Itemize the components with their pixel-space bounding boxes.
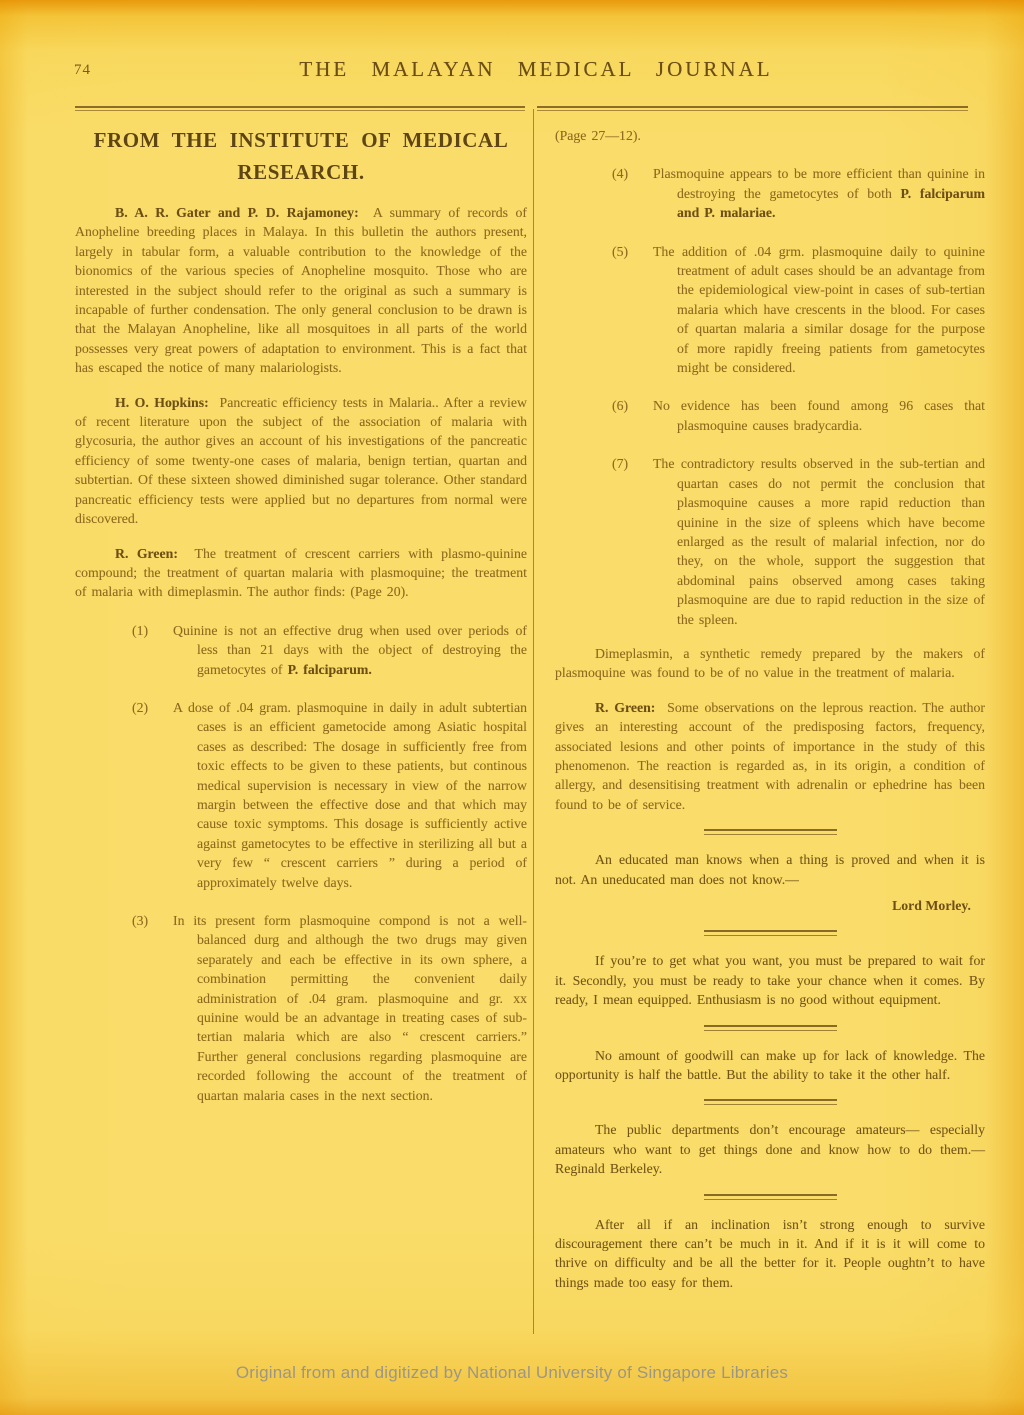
quote-goodwill: No amount of goodwill can make up for la…	[555, 1046, 985, 1085]
list-item-3: (3) In its present form plasmoquine comp…	[75, 911, 527, 1105]
quote-be-prepared: If you’re to get what you want, you must…	[555, 951, 985, 1009]
author-lead: R. Green:	[115, 546, 178, 561]
quote-separator	[704, 1025, 837, 1031]
paragraph-hopkins: H. O. Hopkins: Pancreatic efficiency tes…	[75, 393, 527, 529]
paragraph-green-leprous: R. Green: Some observations on the lepro…	[555, 698, 985, 814]
paragraph-gater-rajamoney: B. A. R. Gater and P. D. Rajamoney: A su…	[75, 203, 527, 378]
list-item-text: No evidence has been found among 96 case…	[653, 398, 985, 432]
quote-separator	[704, 1194, 837, 1200]
list-item-number: (3)	[132, 911, 148, 930]
paragraph-dimeplasmin: Dimeplasmin, a synthetic remedy prepared…	[555, 644, 985, 683]
section-heading: FROM THE INSTITUTE OF MEDICAL RESEARCH.	[85, 124, 517, 188]
quote-educated-man: An educated man knows when a thing is pr…	[555, 850, 985, 889]
column-divider	[533, 109, 534, 1334]
list-item-4: (4) Plasmoquine appears to be more effic…	[555, 164, 985, 222]
header-rule	[75, 106, 968, 111]
paragraph-text: Some observations on the leprous reactio…	[555, 700, 985, 812]
quote-inclination: After all if an inclination isn’t strong…	[555, 1215, 985, 1293]
list-item-1: (1) Quinine is not an effective drug whe…	[75, 621, 527, 679]
header-rule-right	[537, 106, 968, 111]
paragraph-green-crescent: R. Green: The treatment of crescent carr…	[75, 544, 527, 602]
list-item-6: (6) No evidence has been found among 96 …	[555, 396, 985, 435]
paragraph-text: Dimeplasmin, a synthetic remedy prepared…	[555, 646, 985, 680]
list-item-text: In its present form plasmoquine compond …	[173, 913, 527, 1103]
list-item-2: (2) A dose of .04 gram. plasmoquine in d…	[75, 698, 527, 892]
list-item-number: (4)	[612, 164, 628, 183]
list-item-text: A dose of .04 gram. plasmoquine in daily…	[173, 700, 527, 890]
paragraph-text: Pancreatic efficiency tests in Malaria..…	[75, 395, 527, 526]
quote-separator	[704, 1099, 837, 1105]
header-rule-left	[75, 106, 525, 111]
list-item-text: The addition of .04 grm. plasmoquine dai…	[653, 244, 985, 375]
list-item-5: (5) The addition of .04 grm. plasmoquine…	[555, 242, 985, 378]
list-item-text: The contradictory results observed in th…	[653, 456, 985, 626]
page-reference: (Page 27—12).	[555, 126, 985, 145]
author-lead: H. O. Hopkins:	[115, 395, 209, 410]
list-item-number: (1)	[132, 621, 148, 640]
right-column: (Page 27—12). (4) Plasmoquine appears to…	[555, 118, 985, 1292]
quote-separator	[704, 829, 837, 835]
list-item-number: (2)	[132, 698, 148, 717]
list-item-number: (6)	[612, 396, 628, 415]
quote-separator	[704, 930, 837, 936]
author-lead: R. Green:	[595, 700, 655, 715]
list-item-number: (7)	[612, 454, 628, 473]
left-column: FROM THE INSTITUTE OF MEDICAL RESEARCH. …	[75, 118, 527, 1105]
digitization-credit: Original from and digitized by National …	[0, 1363, 1024, 1383]
list-item-7: (7) The contradictory results observed i…	[555, 454, 985, 629]
species-name: P. falciparum.	[288, 662, 372, 677]
quote-attribution: Lord Morley.	[555, 896, 985, 915]
author-lead: B. A. R. Gater and P. D. Rajamoney:	[115, 205, 359, 220]
journal-title: THE MALAYAN MEDICAL JOURNAL	[48, 57, 1024, 82]
paragraph-text: A summary of records of Anopheline breed…	[75, 205, 527, 375]
quote-public-departments: The public departments don’t encourage a…	[555, 1120, 985, 1178]
list-item-number: (5)	[612, 242, 628, 261]
